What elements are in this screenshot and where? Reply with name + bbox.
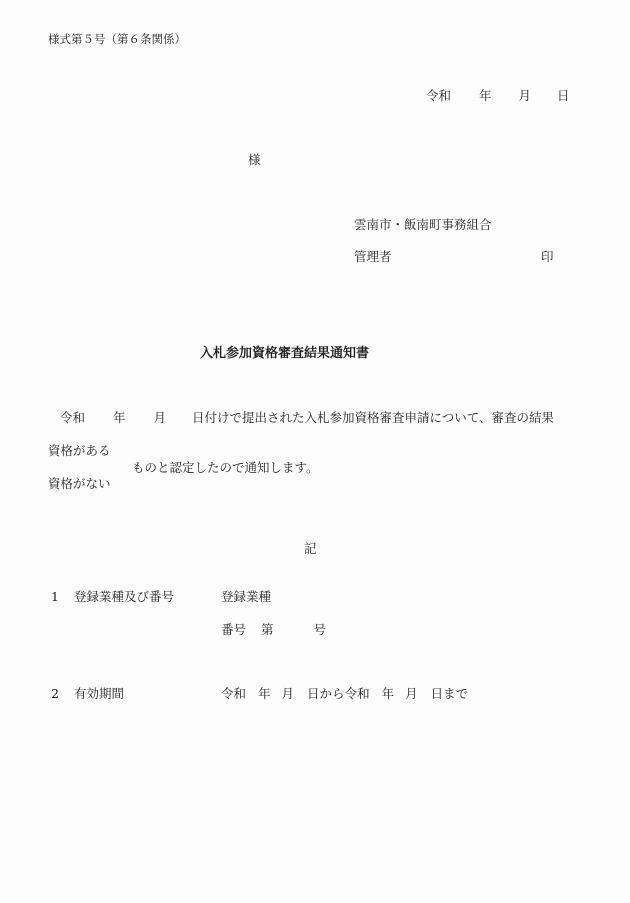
period-to-month: 月 (405, 686, 418, 701)
period-from-month: 月 (282, 686, 295, 701)
form-label: 様式第５号（第６条関係） (48, 34, 186, 46)
date-year: 年 (479, 88, 492, 103)
item-2-label: 有効期間 (74, 688, 124, 701)
body-conclusion: ものと認定したので通知します。 (132, 462, 319, 475)
item-1-label: 登録業種及び番号 (74, 591, 174, 604)
date-era: 令和 (426, 88, 451, 103)
addressee-honorific: 様 (248, 154, 261, 167)
date-day: 日 (557, 88, 570, 103)
body-month: 月 (154, 410, 167, 425)
option-unqualified: 資格がない (48, 478, 111, 491)
document-title: 入札参加資格審査結果通知書 (200, 347, 369, 360)
period-to-day: 日まで (431, 686, 469, 701)
period-to-era: 令和 (345, 686, 370, 701)
item-1-line2: 番号第号 (221, 624, 326, 637)
number-dai: 第 (261, 622, 274, 637)
period-from-year: 年 (258, 686, 271, 701)
seal-mark: 印 (541, 251, 554, 264)
sender-organization: 雲南市・飯南町事務組合 (354, 219, 492, 232)
item-2-number: 2 (51, 688, 59, 701)
note-heading: 記 (304, 543, 317, 556)
body-era: 令和 (60, 410, 85, 425)
option-qualified: 資格がある (48, 445, 111, 458)
number-go: 号 (314, 622, 327, 637)
date-month: 月 (519, 88, 532, 103)
date-line: 令和年月日 (426, 90, 570, 103)
number-prefix: 番号 (221, 622, 246, 637)
body-year: 年 (113, 410, 126, 425)
item-2-period: 令和年月日から令和年月日まで (221, 688, 468, 701)
item-1-number: 1 (51, 591, 59, 604)
body-text: 日付けで提出された入札参加資格審査申請について、審査の結果 (192, 410, 554, 425)
body-line-1: 令和年月日付けで提出された入札参加資格審査申請について、審査の結果 (60, 412, 554, 425)
sender-title: 管理者 (354, 251, 392, 264)
period-from-day: 日から (307, 686, 345, 701)
period-from-era: 令和 (221, 686, 246, 701)
period-to-year: 年 (382, 686, 395, 701)
item-1-line1: 登録業種 (221, 591, 271, 604)
